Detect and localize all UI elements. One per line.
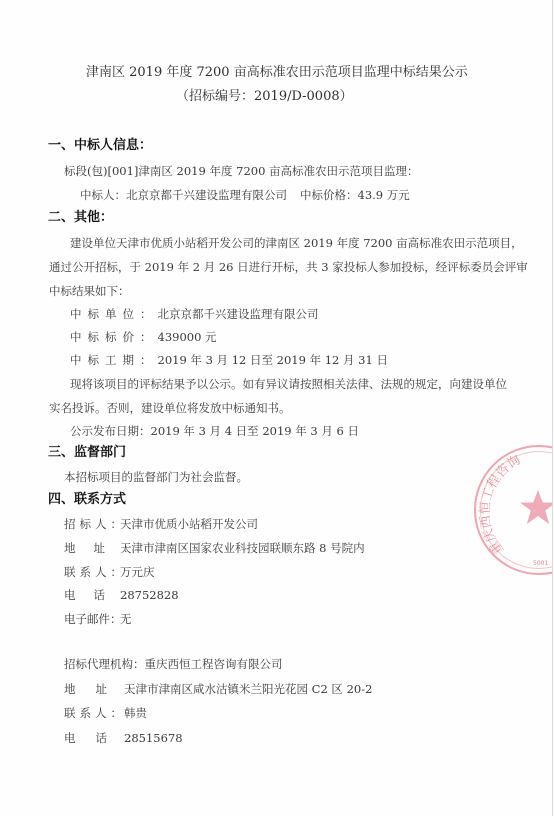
seal-text: 重庆西恒工程咨询	[474, 445, 552, 575]
seal-code: 5001	[533, 560, 548, 567]
page-edge-line	[552, 0, 553, 816]
seal-clip: 重庆西恒工程咨询 5001	[0, 0, 552, 816]
svg-text:重庆西恒工程咨询: 重庆西恒工程咨询	[477, 453, 524, 557]
document-page: 津南区 2019 年度 7200 亩高标准农田示范项目监理中标结果公示 （招标编…	[0, 0, 554, 816]
seal-arc-text: 重庆西恒工程咨询	[477, 453, 524, 557]
